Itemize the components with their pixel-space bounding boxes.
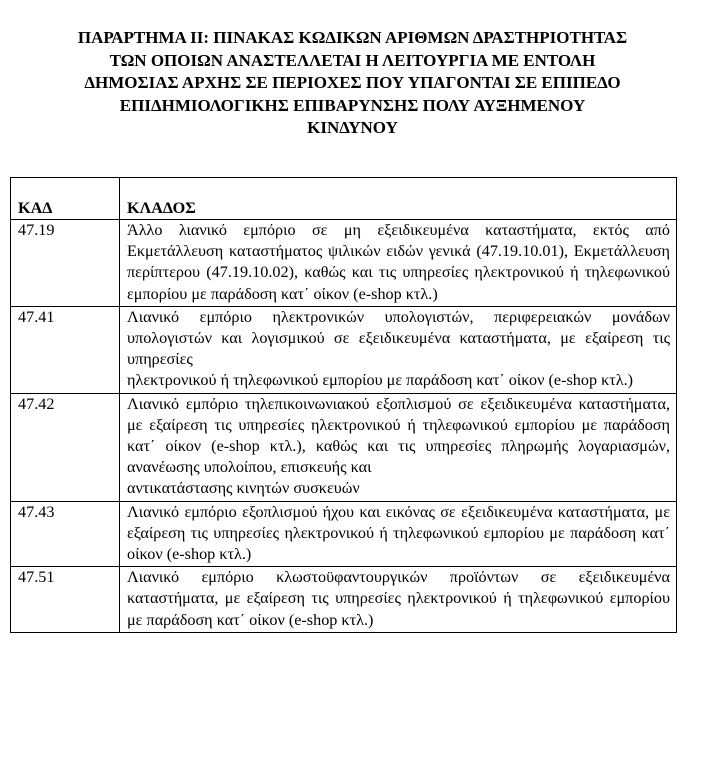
description-line: Λιανικό εμπόριο ηλεκτρονικών υπολογιστών… bbox=[127, 307, 670, 371]
row-description: Λιανικό εμπόριο ηλεκτρονικών υπολογιστών… bbox=[120, 306, 677, 393]
description-line: αντικατάστασης κινητών συσκευών bbox=[127, 478, 670, 499]
row-code: 47.41 bbox=[11, 306, 120, 393]
row-description: Λιανικό εμπόριο εξοπλισμού ήχου και εικό… bbox=[120, 501, 677, 567]
description-line: Λιανικό εμπόριο κλωστοϋφαντουργικών προϊ… bbox=[127, 567, 670, 631]
title-line: ΠΑΡΑΡΤΗΜΑ ΙΙ: ΠΙΝΑΚΑΣ ΚΩΔΙΚΩΝ ΑΡΙΘΜΩΝ ΔΡ… bbox=[20, 27, 685, 50]
row-description: Λιανικό εμπόριο κλωστοϋφαντουργικών προϊ… bbox=[120, 567, 677, 633]
table-row: 47.19 Άλλο λιανικό εμπόριο σε μη εξειδικ… bbox=[11, 220, 677, 307]
row-code: 47.19 bbox=[11, 220, 120, 307]
description-line: ηλεκτρονικού ή τηλεφωνικού εμπορίου με π… bbox=[127, 370, 670, 391]
document-title: ΠΑΡΑΡΤΗΜΑ ΙΙ: ΠΙΝΑΚΑΣ ΚΩΔΙΚΩΝ ΑΡΙΘΜΩΝ ΔΡ… bbox=[20, 27, 685, 140]
table-row: 47.41 Λιανικό εμπόριο ηλεκτρονικών υπολο… bbox=[11, 306, 677, 393]
description-line: Άλλο λιανικό εμπόριο σε μη εξειδικευμένα… bbox=[127, 220, 670, 305]
title-line: ΔΗΜΟΣΙΑΣ ΑΡΧΗΣ ΣΕ ΠΕΡΙΟΧΕΣ ΠΟΥ ΥΠΑΓΟΝΤΑΙ… bbox=[20, 72, 685, 95]
header-code: ΚΑΔ bbox=[11, 178, 120, 220]
description-line: Λιανικό εμπόριο τηλεπικοινωνιακού εξοπλι… bbox=[127, 394, 670, 479]
table-row: 47.42 Λιανικό εμπόριο τηλεπικοινωνιακού … bbox=[11, 393, 677, 501]
table-header-row: ΚΑΔ ΚΛΑΔΟΣ bbox=[11, 178, 677, 220]
table-row: 47.51 Λιανικό εμπόριο κλωστοϋφαντουργικώ… bbox=[11, 567, 677, 633]
description-line: Λιανικό εμπόριο εξοπλισμού ήχου και εικό… bbox=[127, 502, 670, 566]
row-code: 47.51 bbox=[11, 567, 120, 633]
row-description: Άλλο λιανικό εμπόριο σε μη εξειδικευμένα… bbox=[120, 220, 677, 307]
activity-codes-table: ΚΑΔ ΚΛΑΔΟΣ 47.19 Άλλο λιανικό εμπόριο σε… bbox=[10, 177, 677, 633]
row-description: Λιανικό εμπόριο τηλεπικοινωνιακού εξοπλι… bbox=[120, 393, 677, 501]
title-line: ΕΠΙΔΗΜΙΟΛΟΓΙΚΗΣ ΕΠΙΒΑΡΥΝΣΗΣ ΠΟΛΥ ΑΥΞΗΜΕΝ… bbox=[20, 95, 685, 118]
header-sector: ΚΛΑΔΟΣ bbox=[120, 178, 677, 220]
row-code: 47.42 bbox=[11, 393, 120, 501]
row-code: 47.43 bbox=[11, 501, 120, 567]
title-line: ΤΩΝ ΟΠΟΙΩΝ ΑΝΑΣΤΕΛΛΕΤΑΙ Η ΛΕΙΤΟΥΡΓΙΑ ΜΕ … bbox=[20, 50, 685, 73]
table-row: 47.43 Λιανικό εμπόριο εξοπλισμού ήχου κα… bbox=[11, 501, 677, 567]
title-line: ΚΙΝΔΥΝΟΥ bbox=[20, 117, 685, 140]
